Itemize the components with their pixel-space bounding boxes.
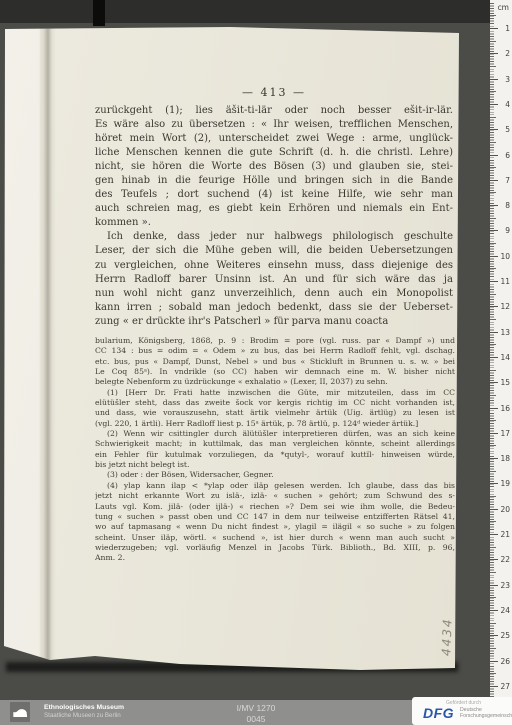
main-text-block: zurückgeht (1); lies äšit-ti-lär oder no… [95, 104, 453, 329]
handwritten-inventory-number: 4434 [439, 616, 454, 656]
scanned-page: — 413 — zurückgeht (1); lies äšit-ti-lär… [0, 24, 462, 674]
ruler: cm 1234567891011121314151617181920212223… [490, 0, 512, 700]
ruler-marks: 1234567891011121314151617181920212223242… [490, 0, 512, 700]
footnotes-block: bularium, Königsberg, 1868, p. 9 : Brodi… [95, 336, 455, 564]
scanner-registration-mark [93, 0, 105, 26]
page-fold-crease [38, 24, 56, 674]
dfg-full-name: Deutsche Forschungsgemeinschaft. [460, 707, 512, 719]
adjacent-page-edge [0, 24, 40, 674]
page-number: — 413 — [95, 86, 453, 99]
dfg-logo: DFG [423, 705, 454, 721]
dfg-credit-box: Gefördert durch DFG Deutsche Forschungsg… [412, 697, 512, 725]
footer-bar: Ethnologisches Museum Staatliche Museen … [0, 700, 512, 725]
scanner-background-top [0, 0, 512, 23]
